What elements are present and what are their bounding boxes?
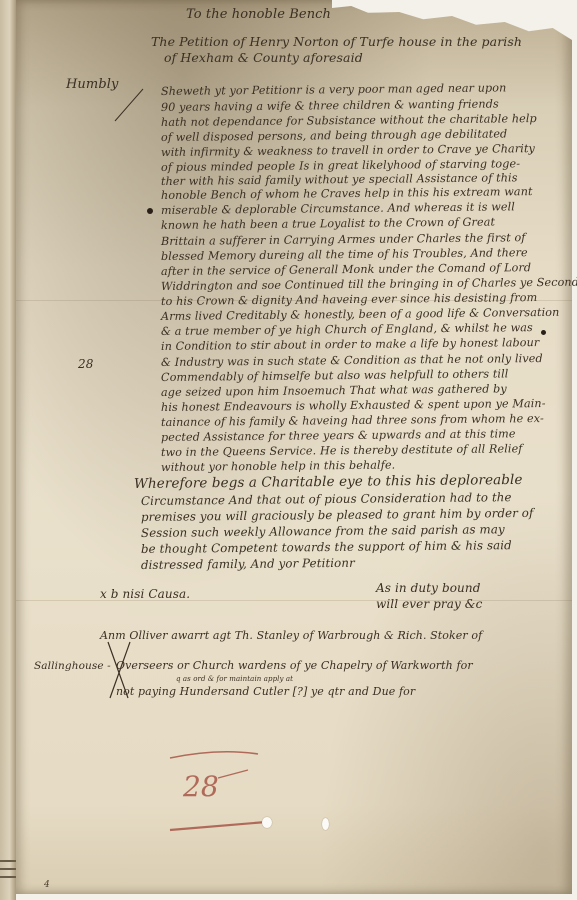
body-line: hath not dependance for Subsistance with… <box>161 113 537 128</box>
body-line: Widdrington and soe Continued till the b… <box>161 277 577 293</box>
body-line: with infirmity & weakness to travell in … <box>161 143 535 158</box>
order-line: Anm Olliver awarrt agt Th. Stanley of Wa… <box>100 630 482 641</box>
reference-note: x b nisi Causa. <box>100 588 190 600</box>
order-interlinear-note: q as ord & for maintain apply at <box>176 676 293 683</box>
margin-note-place: Sallinghouse - <box>34 661 111 672</box>
body-line: tainance of his family & haveing had thr… <box>161 413 544 428</box>
body-line: two in the Queens Service. He is thereby… <box>161 443 523 458</box>
body-line: known he hath been a true Loyalist to th… <box>161 217 495 232</box>
manuscript-scan: To the honoble Bench The Petition of Hen… <box>0 0 577 900</box>
header-address: To the honoble Bench <box>186 8 331 21</box>
prayer-line: Wherefore begs a Charitable eye to this … <box>134 474 523 492</box>
pen-stroke-icon <box>111 85 151 125</box>
prayer-line: Session such weekly Allowance from the s… <box>141 524 505 540</box>
page-stack-line <box>0 876 16 878</box>
petition-title-line: The Petition of Henry Norton of Turfe ho… <box>151 36 522 49</box>
prayer-line: premises you will graciously be pleased … <box>141 508 534 524</box>
body-line: honoble Bench of whom he Craves help in … <box>161 186 533 201</box>
body-line: Brittain a sufferer in Carrying Armes un… <box>161 232 526 247</box>
corner-mark: 4 <box>44 880 50 890</box>
body-line: age seized upon him Insoemuch That what … <box>161 383 507 398</box>
body-line: to his Crown & dignity And haveing ever … <box>161 292 537 307</box>
manuscript-page: To the honoble Bench The Petition of Hen… <box>16 0 572 894</box>
closing-line: As in duty bound <box>376 582 481 594</box>
body-line: Sheweth yt yor Petitionr is a very poor … <box>161 82 507 97</box>
body-line: Commendably of himselfe but also was hel… <box>161 368 509 383</box>
ink-blot <box>541 330 546 335</box>
punch-hole <box>322 818 329 830</box>
body-line: after in the service of Generall Monk un… <box>161 262 531 277</box>
order-line: not paying Hundersand Cutler [?] ye qtr … <box>116 686 415 697</box>
punch-hole <box>262 817 272 828</box>
ink-blot <box>147 208 153 214</box>
page-stack-line <box>0 868 16 870</box>
prayer-line: Circumstance And that out of pious Consi… <box>141 492 512 508</box>
body-line: miserable & deplorable Circumstance. And… <box>161 201 515 216</box>
body-line: pected Assistance for three years & upwa… <box>161 428 516 443</box>
body-line: & a true member of ye high Church of Eng… <box>161 322 533 337</box>
petition-title-line: of Hexham & County aforesaid <box>164 52 363 65</box>
margin-note-number: 28 <box>78 358 93 370</box>
closing-line: will ever pray &c <box>376 598 482 610</box>
body-line: without yor honoble help in this behalfe… <box>161 460 395 474</box>
body-line: in Condition to stir about in order to m… <box>161 337 539 352</box>
folio-number: 28 <box>183 770 219 803</box>
page-stack-line <box>0 860 16 862</box>
prayer-line: be thought Competent towards the support… <box>141 540 512 556</box>
body-line: of well disposed persons, and being thro… <box>161 128 507 143</box>
body-line: his honest Endeavours is wholly Exhauste… <box>161 398 546 413</box>
body-line: 90 years having a wife & three children … <box>161 98 499 113</box>
prayer-line: distressed family, And yor Petitionr <box>141 558 355 572</box>
body-line: Arms lived Creditably & honestly, been o… <box>161 307 560 322</box>
body-line: & Industry was in such state & Condition… <box>161 353 543 368</box>
cross-mark-icon <box>106 640 132 700</box>
binding-edge <box>0 0 16 900</box>
body-line: blessed Memory dureing all the time of h… <box>161 247 528 262</box>
order-line: Overseers or Church wardens of ye Chapel… <box>116 660 473 671</box>
